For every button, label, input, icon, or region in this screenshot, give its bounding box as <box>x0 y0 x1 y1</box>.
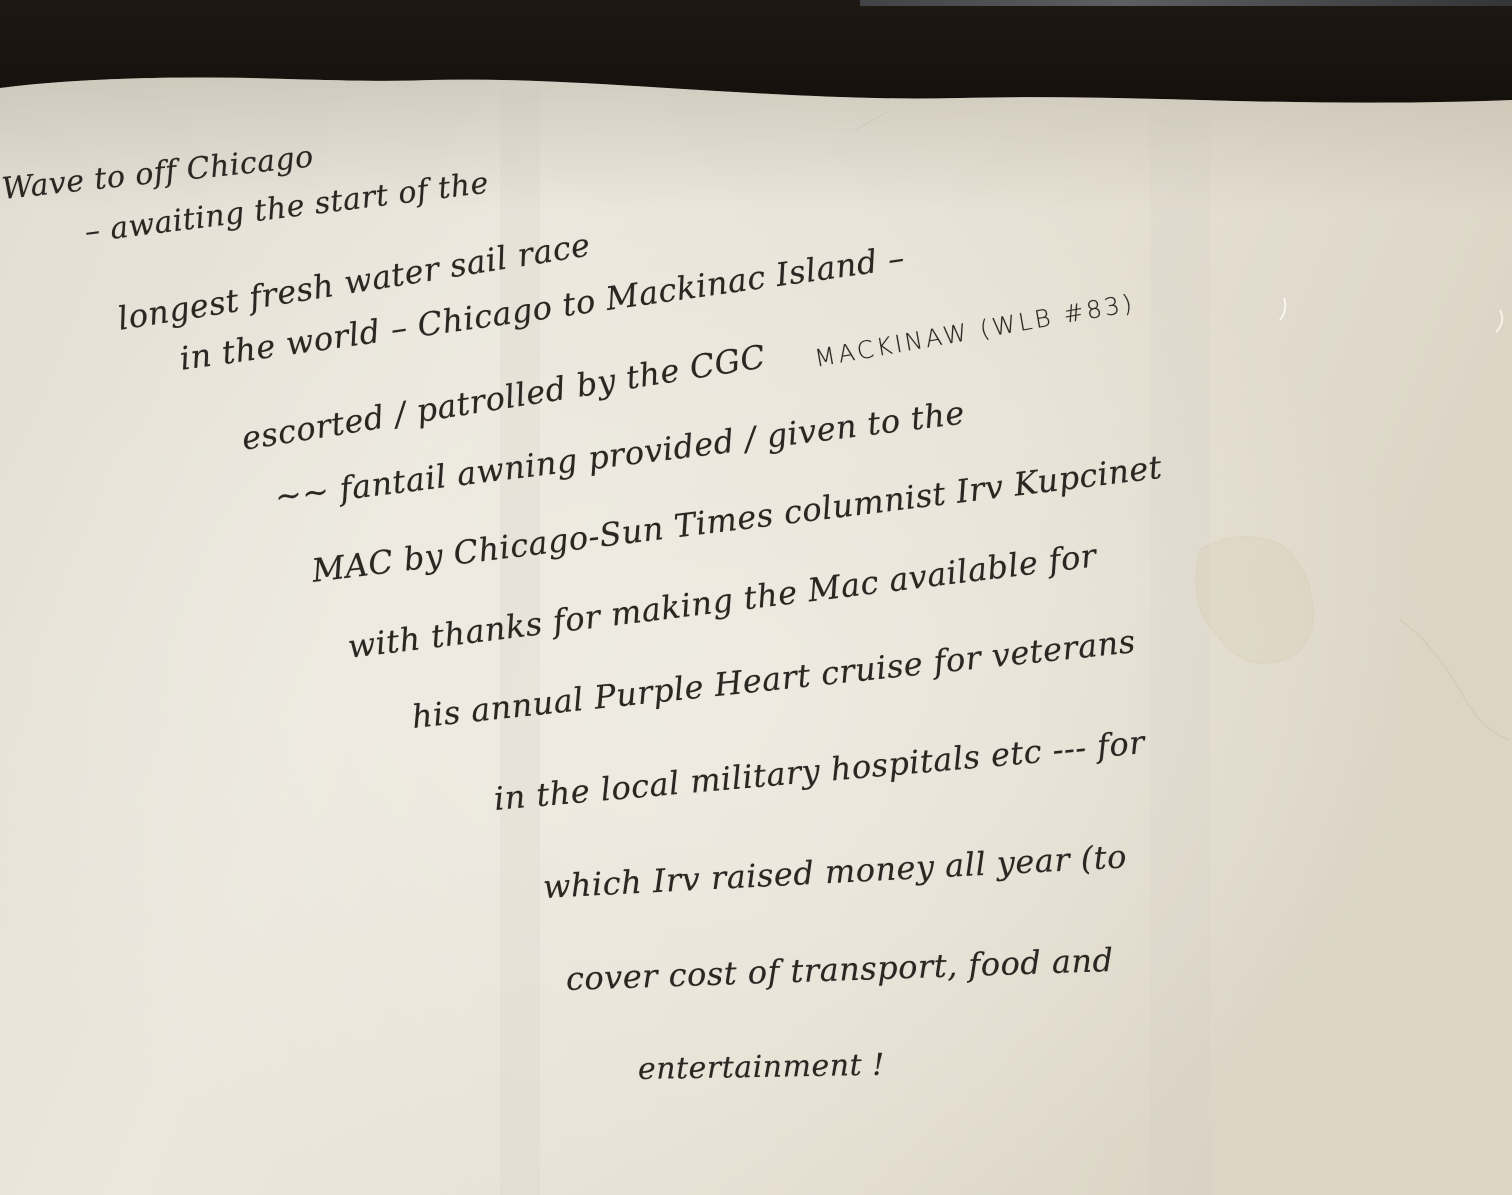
paper-sheet: Wave to off Chicago – awaiting the start… <box>0 0 1512 1195</box>
note-line-12: entertainment ! <box>638 1048 885 1087</box>
document-photo: Wave to off Chicago – awaiting the start… <box>0 0 1512 1195</box>
